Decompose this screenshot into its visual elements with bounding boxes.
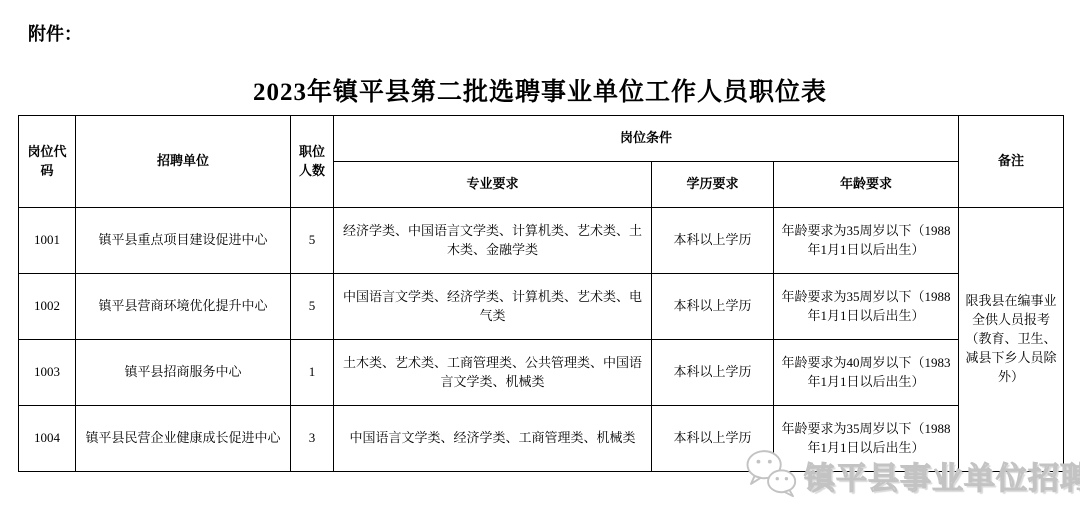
cell-education: 本科以上学历 [652, 340, 774, 406]
cell-job-code: 1001 [19, 208, 76, 274]
cell-position-count: 3 [291, 406, 334, 472]
header-job-conditions: 岗位条件 [334, 116, 959, 162]
cell-major: 中国语言文学类、经济学类、工商管理类、机械类 [334, 406, 652, 472]
header-recruiting-unit: 招聘单位 [76, 116, 291, 208]
header-age-requirement: 年龄要求 [774, 162, 959, 208]
cell-position-count: 5 [291, 274, 334, 340]
header-major-requirement: 专业要求 [334, 162, 652, 208]
cell-education: 本科以上学历 [652, 208, 774, 274]
table-row: 1004 镇平县民营企业健康成长促进中心 3 中国语言文学类、经济学类、工商管理… [19, 406, 1064, 472]
positions-table: 岗位代码 招聘单位 职位人数 岗位条件 备注 专业要求 学历要求 年龄要求 10… [18, 115, 1064, 472]
cell-job-code: 1003 [19, 340, 76, 406]
table-row: 1002 镇平县营商环境优化提升中心 5 中国语言文学类、经济学类、计算机类、艺… [19, 274, 1064, 340]
header-position-count: 职位人数 [291, 116, 334, 208]
header-education-requirement: 学历要求 [652, 162, 774, 208]
cell-education: 本科以上学历 [652, 274, 774, 340]
cell-job-code: 1002 [19, 274, 76, 340]
cell-age: 年龄要求为35周岁以下（1988年1月1日以后出生） [774, 406, 959, 472]
page-title: 2023年镇平县第二批选聘事业单位工作人员职位表 [0, 72, 1080, 108]
header-remarks: 备注 [959, 116, 1064, 208]
cell-major: 经济学类、中国语言文学类、计算机类、艺术类、土木类、金融学类 [334, 208, 652, 274]
header-job-code: 岗位代码 [19, 116, 76, 208]
table-row: 1001 镇平县重点项目建设促进中心 5 经济学类、中国语言文学类、计算机类、艺… [19, 208, 1064, 274]
cell-major: 土木类、艺术类、工商管理类、公共管理类、中国语言文学类、机械类 [334, 340, 652, 406]
cell-age: 年龄要求为35周岁以下（1988年1月1日以后出生） [774, 274, 959, 340]
cell-position-count: 1 [291, 340, 334, 406]
cell-recruiting-unit: 镇平县营商环境优化提升中心 [76, 274, 291, 340]
cell-recruiting-unit: 镇平县重点项目建设促进中心 [76, 208, 291, 274]
attachment-label: 附件： [28, 20, 82, 46]
cell-age: 年龄要求为40周岁以下（1983年1月1日以后出生） [774, 340, 959, 406]
cell-recruiting-unit: 镇平县民营企业健康成长促进中心 [76, 406, 291, 472]
cell-position-count: 5 [291, 208, 334, 274]
cell-job-code: 1004 [19, 406, 76, 472]
cell-recruiting-unit: 镇平县招商服务中心 [76, 340, 291, 406]
cell-age: 年龄要求为35周岁以下（1988年1月1日以后出生） [774, 208, 959, 274]
cell-major: 中国语言文学类、经济学类、计算机类、艺术类、电气类 [334, 274, 652, 340]
cell-remarks-note: 限我县在编事业全供人员报考（教育、卫生、减县下乡人员除外） [959, 208, 1064, 472]
table-row: 1003 镇平县招商服务中心 1 土木类、艺术类、工商管理类、公共管理类、中国语… [19, 340, 1064, 406]
table-header-row-1: 岗位代码 招聘单位 职位人数 岗位条件 备注 [19, 116, 1064, 162]
cell-education: 本科以上学历 [652, 406, 774, 472]
